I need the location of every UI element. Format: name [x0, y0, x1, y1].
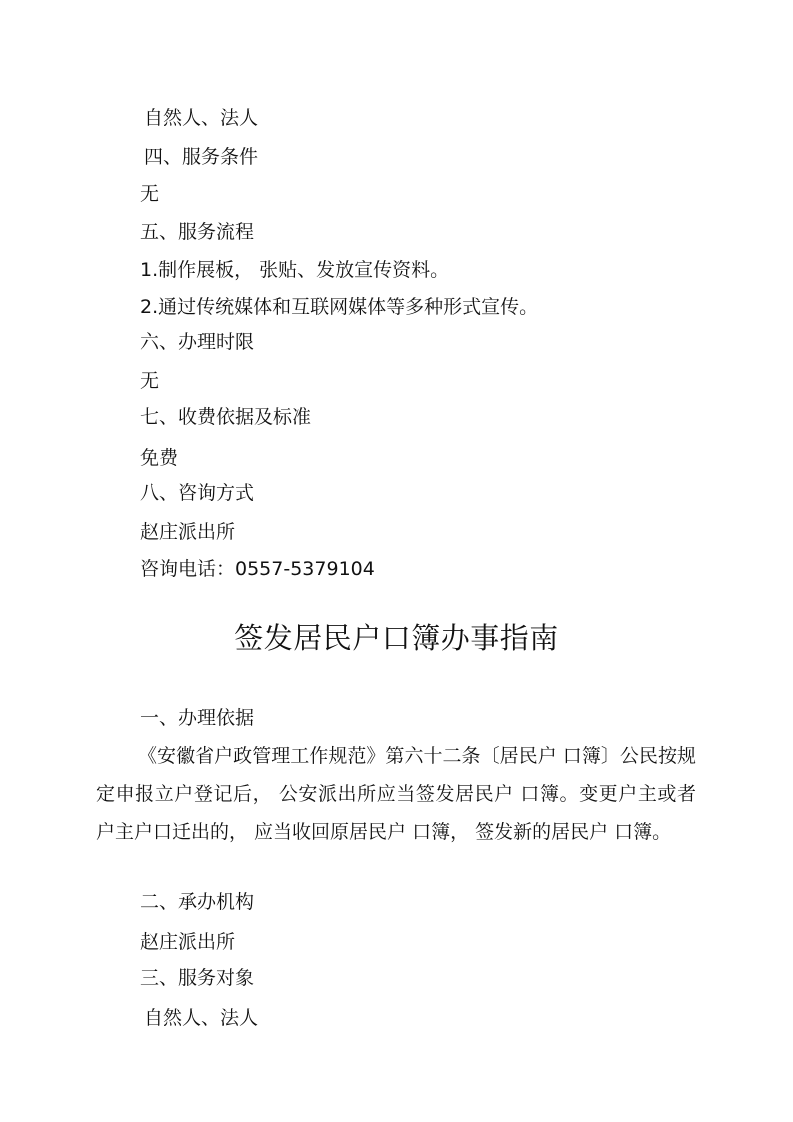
- service-target-value: 自然人、法人: [144, 1006, 258, 1030]
- guide-title: 签发居民户口簿办事指南: [0, 620, 793, 656]
- fee-value: 免费: [140, 446, 178, 470]
- time-limit-value: 无: [140, 369, 159, 393]
- process-step-1: 1.制作展板， 张贴、发放宣传资料。: [140, 258, 449, 282]
- process-step-2: 2.通过传统媒体和互联网媒体等多种形式宣传。: [140, 295, 538, 319]
- heading-agency: 二、承办机构: [140, 890, 254, 914]
- consultation-phone: 咨询电话：0557-5379104: [140, 557, 375, 581]
- heading-fee-standard: 七、收费依据及标准: [140, 405, 311, 429]
- consultation-office: 赵庄派出所: [140, 520, 235, 544]
- service-target-text: 自然人、法人: [144, 106, 258, 130]
- heading-service-target: 三、服务对象: [140, 966, 254, 990]
- agency-value: 赵庄派出所: [140, 930, 235, 954]
- heading-consultation: 八、咨询方式: [140, 481, 254, 505]
- service-conditions-value: 无: [140, 182, 159, 206]
- heading-service-conditions: 四、服务条件: [144, 145, 258, 169]
- heading-basis: 一、办理依据: [140, 706, 254, 730]
- basis-paragraph: 《安徽省户政管理工作规范》第六十二条〔居民户 口簿〕公民按规定申报立户登记后， …: [96, 737, 696, 851]
- heading-time-limit: 六、办理时限: [140, 330, 254, 354]
- heading-service-process: 五、服务流程: [140, 220, 254, 244]
